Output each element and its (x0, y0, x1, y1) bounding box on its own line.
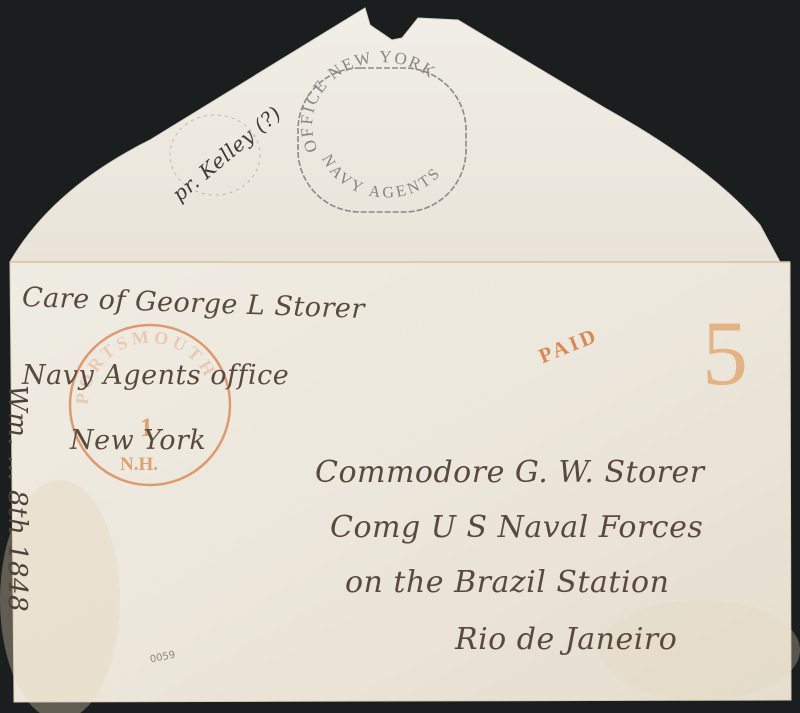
envelope-shape: OFFICE NEW YORK NAVY AGENTS PORTSMOUTH 1… (0, 0, 800, 713)
envelope-flap (10, 8, 780, 262)
care-of-line-3: New York (70, 425, 206, 456)
care-of-line-2: Navy Agents office (22, 360, 289, 391)
envelope-photo: OFFICE NEW YORK NAVY AGENTS PORTSMOUTH 1… (0, 0, 800, 713)
side-docket: Wm. ... 8th 1848 (2, 385, 32, 612)
address-line-1: Commodore G. W. Storer (315, 455, 705, 490)
rate-marking: 5 (702, 300, 748, 406)
svg-text:N.H.: N.H. (120, 454, 158, 475)
address-line-4: Rio de Janeiro (455, 622, 677, 657)
address-line-2: Comg U S Naval Forces (330, 510, 703, 545)
address-line-3: on the Brazil Station (345, 565, 669, 600)
